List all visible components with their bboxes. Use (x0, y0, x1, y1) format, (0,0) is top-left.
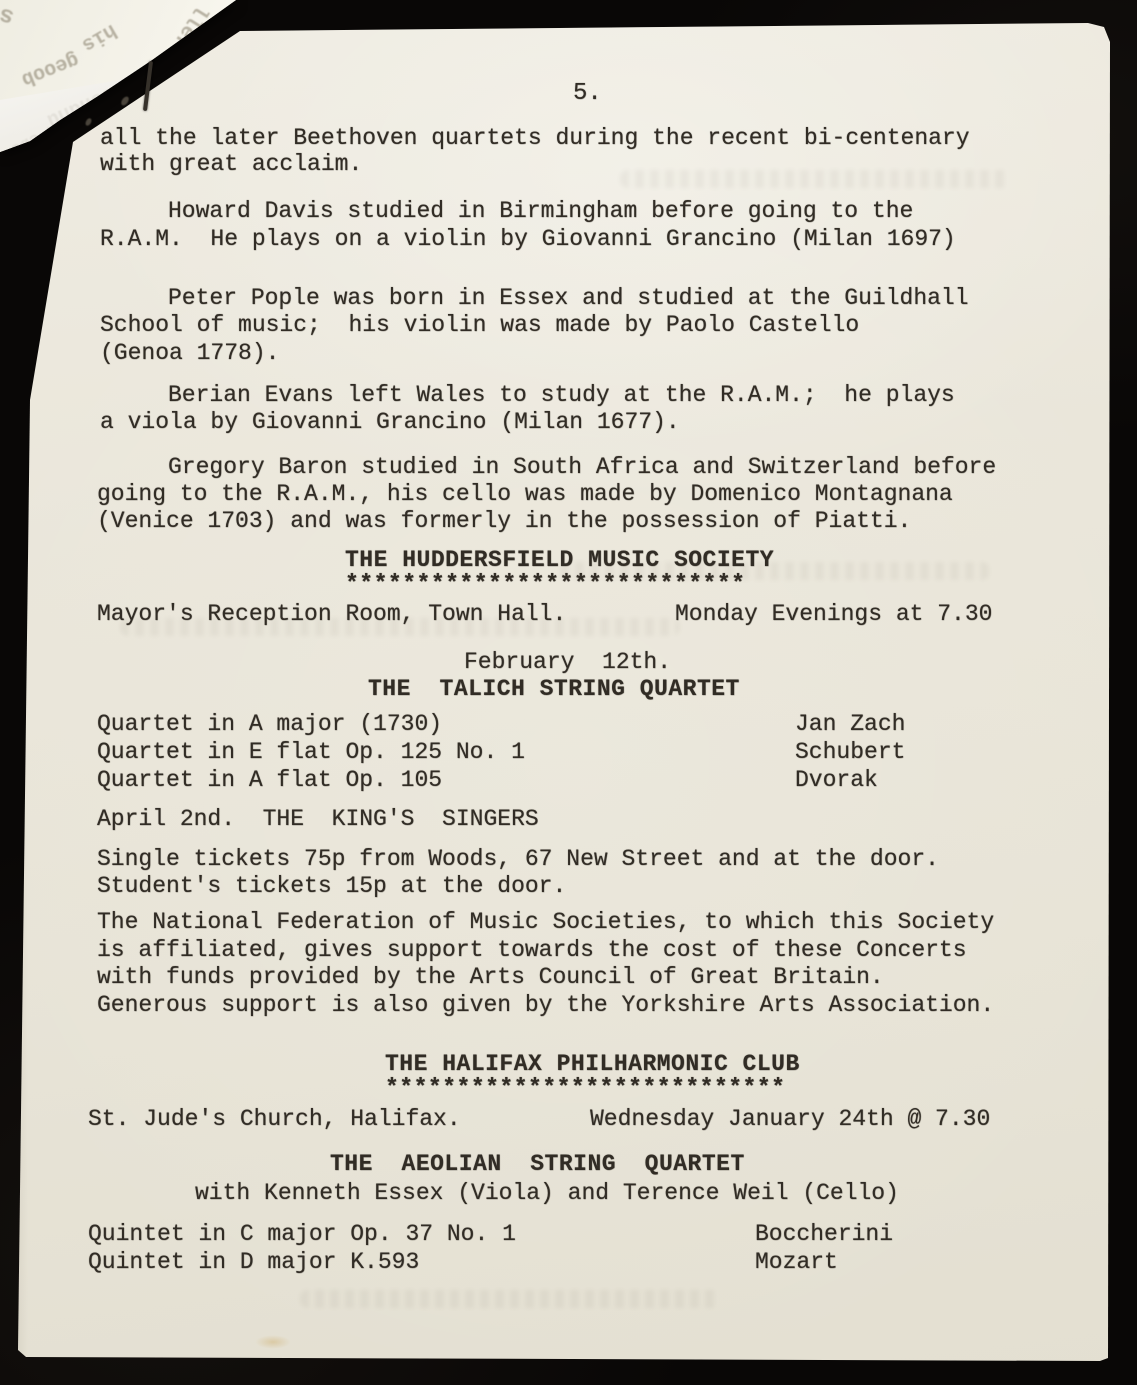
federation-note: Generous support is also given by the Yo… (97, 991, 994, 1019)
ghost-fragment: geoob (18, 47, 82, 91)
ghost-fragment: his (77, 18, 120, 56)
bio-line: a viola by Giovanni Grancino (Milan 1677… (100, 408, 680, 436)
second-concert-line: April 2nd. THE KING'S SINGERS (97, 805, 539, 833)
bio-line: (Genoa 1778). (100, 339, 279, 367)
folded-corner-overlay: s. geoob sondhu his llerened in ebo (0, 0, 300, 220)
ghost-fragment: s. (0, 0, 17, 30)
bio-line: R.A.M. He plays on a violin by Giovanni … (100, 225, 956, 253)
ghost-showthrough (300, 1290, 720, 1308)
bio-line: School of music; his violin was made by … (100, 311, 859, 339)
artist-name: THE AEOLIAN STRING QUARTET (330, 1150, 745, 1178)
work-composer: Mozart (755, 1248, 838, 1276)
work-title: Quartet in E flat Op. 125 No. 1 (97, 738, 525, 766)
ghost-fragment: llerened (142, 0, 212, 93)
concert-date: February 12th. (464, 648, 671, 676)
federation-note: is affiliated, gives support towards the… (97, 936, 967, 964)
bio-line: going to the R.A.M., his cello was made … (97, 480, 953, 508)
folded-paper: s. geoob sondhu his llerened in ebo (0, 0, 300, 220)
bio-line: Berian Evans left Wales to study at the … (168, 381, 955, 409)
federation-note: The National Federation of Music Societi… (97, 908, 994, 936)
work-title: Quartet in A flat Op. 105 (97, 766, 442, 794)
venue: Mayor's Reception Room, Town Hall. (97, 600, 566, 628)
work-composer: Jan Zach (795, 710, 905, 738)
ticket-info: Single tickets 75p from Woods, 67 New St… (97, 845, 939, 873)
scan-background: 5. all the later Beethoven quartets duri… (0, 0, 1137, 1385)
ghost-showthrough (620, 170, 1010, 188)
title-underline-stars: **************************** (385, 1074, 785, 1102)
work-title: Quintet in D major K.593 (88, 1248, 419, 1276)
ghost-fragment: sondhu (43, 81, 118, 131)
title-underline-stars: **************************** (345, 570, 745, 598)
work-composer: Dvorak (795, 766, 878, 794)
work-composer: Boccherini (755, 1220, 893, 1248)
schedule: Monday Evenings at 7.30 (675, 600, 992, 628)
bio-line: (Venice 1703) and was formerly in the po… (97, 507, 911, 535)
ghost-fragment: in ebo (7, 113, 70, 159)
work-title: Quartet in A major (1730) (97, 710, 442, 738)
work-title: Quintet in C major Op. 37 No. 1 (88, 1220, 516, 1248)
schedule: Wednesday January 24th @ 7.30 (590, 1105, 990, 1133)
work-composer: Schubert (795, 738, 905, 766)
artist-name: THE TALICH STRING QUARTET (368, 675, 740, 703)
venue: St. Jude's Church, Halifax. (88, 1105, 461, 1133)
page-number: 5. (573, 80, 602, 108)
federation-note: with funds provided by the Arts Council … (97, 963, 884, 991)
bio-line: Peter Pople was born in Essex and studie… (168, 284, 969, 312)
bio-line: Gregory Baron studied in South Africa an… (168, 453, 996, 481)
ticket-info: Student's tickets 15p at the door. (97, 872, 566, 900)
artist-note: with Kenneth Essex (Viola) and Terence W… (195, 1179, 899, 1207)
paper-stain (255, 1335, 291, 1349)
